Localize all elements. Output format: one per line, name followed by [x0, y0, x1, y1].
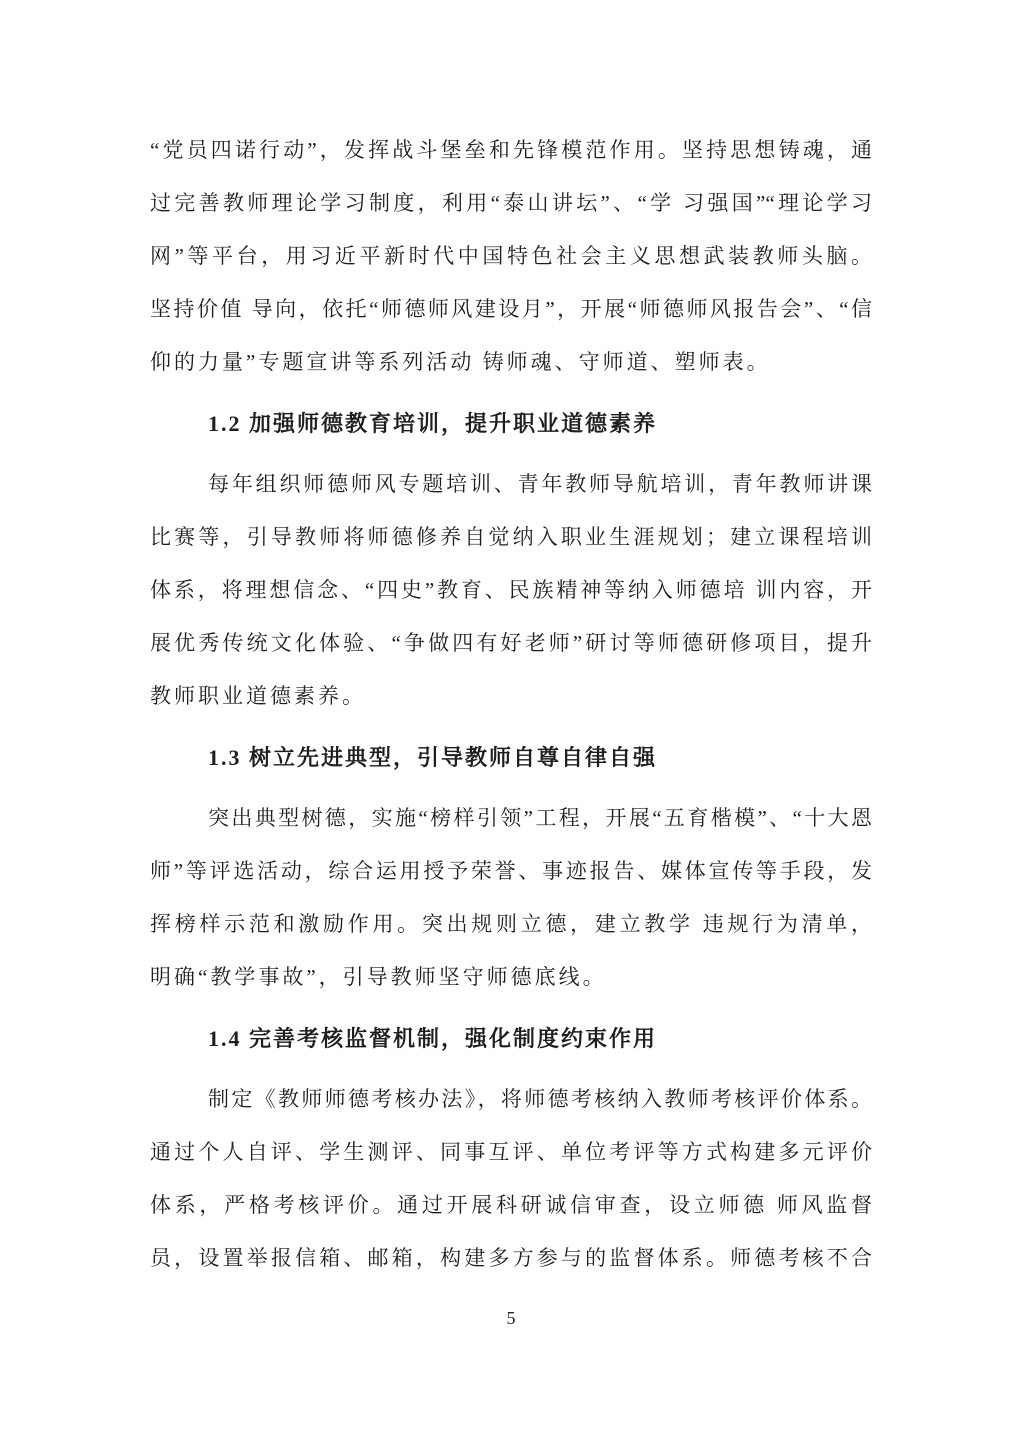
- text-line: 通过个人自评、学生测评、同事互评、单位考评等方式构建多元评价: [150, 1126, 872, 1179]
- text-line: 仰的力量”专题宣讲等系列活动 铸师魂、守师道、塑师表。: [150, 336, 872, 389]
- section-heading-1-3: 1.3 树立先进典型，引导教师自尊自律自强: [150, 731, 872, 784]
- text-line: 网”等平台，用习近平新时代中国特色社会主义思想武装教师头脑。: [150, 230, 872, 283]
- text-line: 制定《教师师德考核办法》，将师德考核纳入教师考核评价体系。: [150, 1073, 872, 1126]
- paragraph-section-1-4: 制定《教师师德考核办法》，将师德考核纳入教师考核评价体系。 通过个人自评、学生测…: [150, 1073, 872, 1285]
- text-line: 体系，将理想信念、“四史”教育、民族精神等纳入师德培 训内容，开: [150, 564, 872, 617]
- text-line: 过完善教师理论学习制度，利用“泰山讲坛”、“学 习强国”“理论学习: [150, 177, 872, 230]
- section-heading-1-2: 1.2 加强师德教育培训，提升职业道德素养: [150, 397, 872, 450]
- paragraph-section-1-3: 突出典型树德，实施“榜样引领”工程，开展“五育楷模”、“十大恩 师”等评选活动，…: [150, 792, 872, 1004]
- text-line: 比赛等，引导教师将师德修养自觉纳入职业生涯规划；建立课程培训: [150, 511, 872, 564]
- text-line: 明确“教学事故”，引导教师坚守师德底线。: [150, 951, 872, 1004]
- text-line: 坚持价值 导向，依托“师德师风建设月”，开展“师德师风报告会”、“信: [150, 283, 872, 336]
- document-content: “党员四诺行动”，发挥战斗堡垒和先锋模范作用。坚持思想铸魂，通 过完善教师理论学…: [0, 0, 1024, 1333]
- section-heading-1-4: 1.4 完善考核监督机制，强化制度约束作用: [150, 1012, 872, 1065]
- text-line: 展优秀传统文化体验、“争做四有好老师”研讨等师德研修项目，提升: [150, 617, 872, 670]
- text-line: 员，设置举报信箱、邮箱，构建多方参与的监督体系。师德考核不合: [150, 1232, 872, 1285]
- page-number: 5: [150, 1303, 872, 1333]
- paragraph-continuation: “党员四诺行动”，发挥战斗堡垒和先锋模范作用。坚持思想铸魂，通 过完善教师理论学…: [150, 124, 872, 389]
- text-line: 挥榜样示范和激励作用。突出规则立德，建立教学 违规行为清单，: [150, 898, 872, 951]
- text-line: 教师职业道德素养。: [150, 670, 872, 723]
- text-line: 体系，严格考核评价。通过开展科研诚信审查，设立师德 师风监督: [150, 1179, 872, 1232]
- text-line: 突出典型树德，实施“榜样引领”工程，开展“五育楷模”、“十大恩: [150, 792, 872, 845]
- text-line: 师”等评选活动，综合运用授予荣誉、事迹报告、媒体宣传等手段，发: [150, 845, 872, 898]
- text-line: “党员四诺行动”，发挥战斗堡垒和先锋模范作用。坚持思想铸魂，通: [150, 124, 872, 177]
- text-line: 每年组织师德师风专题培训、青年教师导航培训，青年教师讲课: [150, 458, 872, 511]
- document-page: “党员四诺行动”，发挥战斗堡垒和先锋模范作用。坚持思想铸魂，通 过完善教师理论学…: [0, 0, 1024, 1448]
- paragraph-section-1-2: 每年组织师德师风专题培训、青年教师导航培训，青年教师讲课 比赛等，引导教师将师德…: [150, 458, 872, 723]
